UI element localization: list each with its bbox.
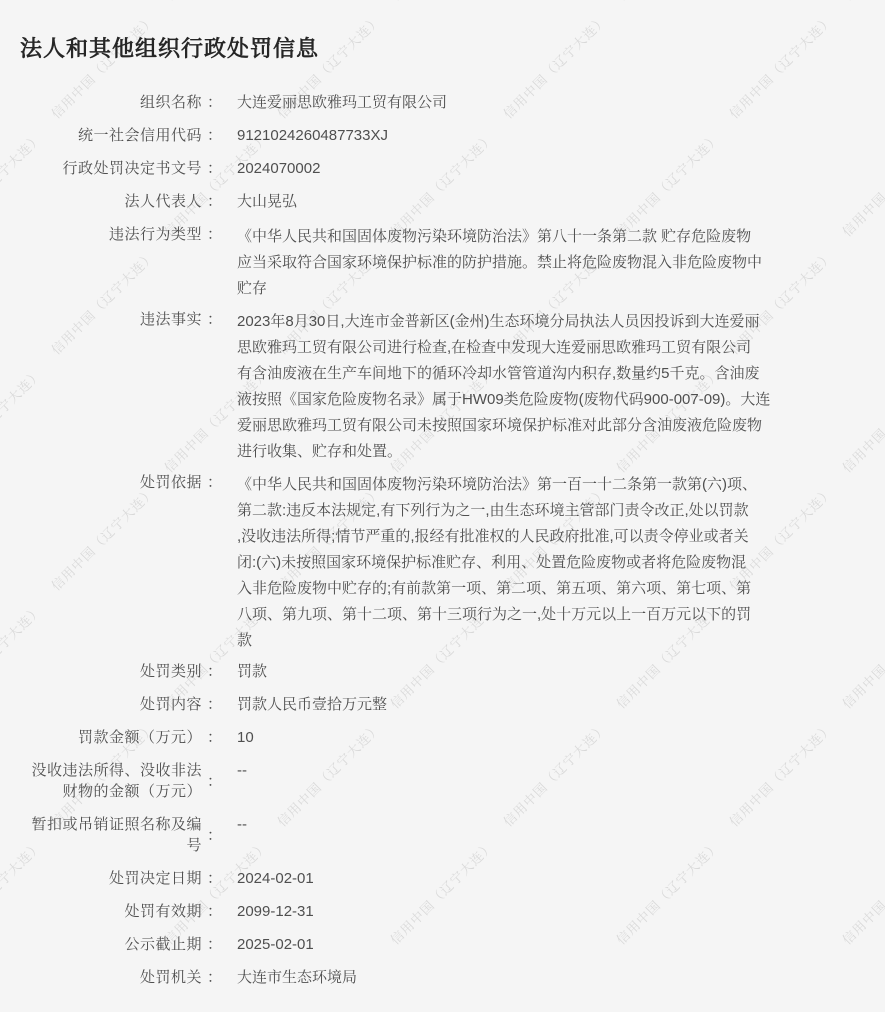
field-value: 10 [237, 727, 885, 748]
label-colon: ： [207, 901, 222, 922]
field-value: 2025-02-01 [237, 934, 885, 955]
field-label: 统一社会信用代码 [78, 125, 202, 146]
field-label: 暂扣或吊销证照名称及编 号 [31, 814, 202, 856]
field-labelwrap: 统一社会信用代码 ： [0, 125, 222, 146]
field-row-org-name: 组织名称 ： 大连爱丽思欧雅玛工贸有限公司 [0, 92, 885, 113]
field-labelwrap: 处罚决定日期 ： [0, 868, 222, 889]
field-labelwrap: 公示截止期 ： [0, 934, 222, 955]
field-labelwrap: 暂扣或吊销证照名称及编 号 ： [0, 814, 222, 856]
field-label: 组织名称 [140, 92, 202, 113]
field-value: 大连爱丽思欧雅玛工贸有限公司 [237, 92, 885, 113]
field-labelwrap: 处罚依据 ： [0, 472, 222, 493]
field-value: -- [237, 814, 885, 835]
field-labelwrap: 罚款金额（万元） ： [0, 727, 222, 748]
label-colon: ： [207, 309, 222, 330]
field-value: 《中华人民共和国固体废物污染环境防治法》第八十一条第二款 贮存危险废物 应当采取… [237, 224, 885, 302]
field-label: 处罚依据 [140, 472, 202, 493]
field-value: 《中华人民共和国固体废物污染环境防治法》第一百一十二条第一款第(六)项、 第二款… [237, 472, 885, 654]
field-value: 罚款人民币壹拾万元整 [237, 694, 885, 715]
field-label: 处罚内容 [140, 694, 202, 715]
label-colon: ： [207, 967, 222, 988]
field-value: 2024-02-01 [237, 868, 885, 889]
field-row-confiscation-amount: 没收违法所得、没收非法 财物的金额（万元） ： -- [0, 760, 885, 802]
field-row-decision-doc-no: 行政处罚决定书文号 ： 2024070002 [0, 158, 885, 179]
field-row-penalty-basis: 处罚依据 ： 《中华人民共和国固体废物污染环境防治法》第一百一十二条第一款第(六… [0, 472, 885, 654]
field-label: 违法事实 [140, 309, 202, 330]
field-row-penalty-authority: 处罚机关 ： 大连市生态环境局 [0, 967, 885, 988]
field-label: 处罚机关 [140, 967, 202, 988]
label-colon: ： [207, 92, 222, 113]
field-labelwrap: 处罚有效期 ： [0, 901, 222, 922]
label-colon: ： [207, 158, 222, 179]
field-label: 处罚类别 [140, 661, 202, 682]
field-label: 处罚有效期 [124, 901, 202, 922]
field-row-validity-date: 处罚有效期 ： 2099-12-31 [0, 901, 885, 922]
field-value: 大山晃弘 [237, 191, 885, 212]
label-colon: ： [207, 771, 222, 792]
label-colon: ： [207, 224, 222, 245]
label-colon: ： [207, 825, 222, 846]
field-row-penalty-category: 处罚类别 ： 罚款 [0, 661, 885, 682]
label-colon: ： [207, 661, 222, 682]
field-row-publicity-end-date: 公示截止期 ： 2025-02-01 [0, 934, 885, 955]
field-row-legal-representative: 法人代表人 ： 大山晃弘 [0, 191, 885, 212]
field-label: 处罚决定日期 [109, 868, 202, 889]
field-value: -- [237, 760, 885, 781]
field-value: 大连市生态环境局 [237, 967, 885, 988]
field-value: 2024070002 [237, 158, 885, 179]
field-row-credit-code: 统一社会信用代码 ： 9121024260487733XJ [0, 125, 885, 146]
field-value: 9121024260487733XJ [237, 125, 885, 146]
field-label: 法人代表人 [124, 191, 202, 212]
field-value: 2099-12-31 [237, 901, 885, 922]
field-labelwrap: 违法行为类型 ： [0, 224, 222, 245]
field-labelwrap: 处罚内容 ： [0, 694, 222, 715]
field-row-fine-amount: 罚款金额（万元） ： 10 [0, 727, 885, 748]
field-row-decision-date: 处罚决定日期 ： 2024-02-01 [0, 868, 885, 889]
field-label: 违法行为类型 [109, 224, 202, 245]
field-label: 行政处罚决定书文号 [62, 158, 202, 179]
field-labelwrap: 处罚类别 ： [0, 661, 222, 682]
field-row-violation-facts: 违法事实 ： 2023年8月30日,大连市金普新区(金州)生态环境分局执法人员因… [0, 309, 885, 465]
label-colon: ： [207, 191, 222, 212]
field-labelwrap: 没收违法所得、没收非法 财物的金额（万元） ： [0, 760, 222, 802]
label-colon: ： [207, 934, 222, 955]
field-label: 罚款金额（万元） [78, 727, 202, 748]
penalty-detail-page: 法人和其他组织行政处罚信息 组织名称 ： 大连爱丽思欧雅玛工贸有限公司 统一社会… [0, 0, 885, 988]
field-labelwrap: 组织名称 ： [0, 92, 222, 113]
field-value: 罚款 [237, 661, 885, 682]
label-colon: ： [207, 694, 222, 715]
label-colon: ： [207, 472, 222, 493]
field-label: 公示截止期 [124, 934, 202, 955]
field-labelwrap: 违法事实 ： [0, 309, 222, 330]
field-labelwrap: 行政处罚决定书文号 ： [0, 158, 222, 179]
label-colon: ： [207, 727, 222, 748]
field-label: 没收违法所得、没收非法 财物的金额（万元） [31, 760, 202, 802]
field-row-violation-type: 违法行为类型 ： 《中华人民共和国固体废物污染环境防治法》第八十一条第二款 贮存… [0, 224, 885, 302]
label-colon: ： [207, 125, 222, 146]
field-row-license-revocation: 暂扣或吊销证照名称及编 号 ： -- [0, 814, 885, 856]
field-labelwrap: 法人代表人 ： [0, 191, 222, 212]
field-row-penalty-content: 处罚内容 ： 罚款人民币壹拾万元整 [0, 694, 885, 715]
label-colon: ： [207, 868, 222, 889]
page-title: 法人和其他组织行政处罚信息 [20, 34, 885, 64]
field-labelwrap: 处罚机关 ： [0, 967, 222, 988]
field-value: 2023年8月30日,大连市金普新区(金州)生态环境分局执法人员因投诉到大连爱丽… [237, 309, 885, 465]
